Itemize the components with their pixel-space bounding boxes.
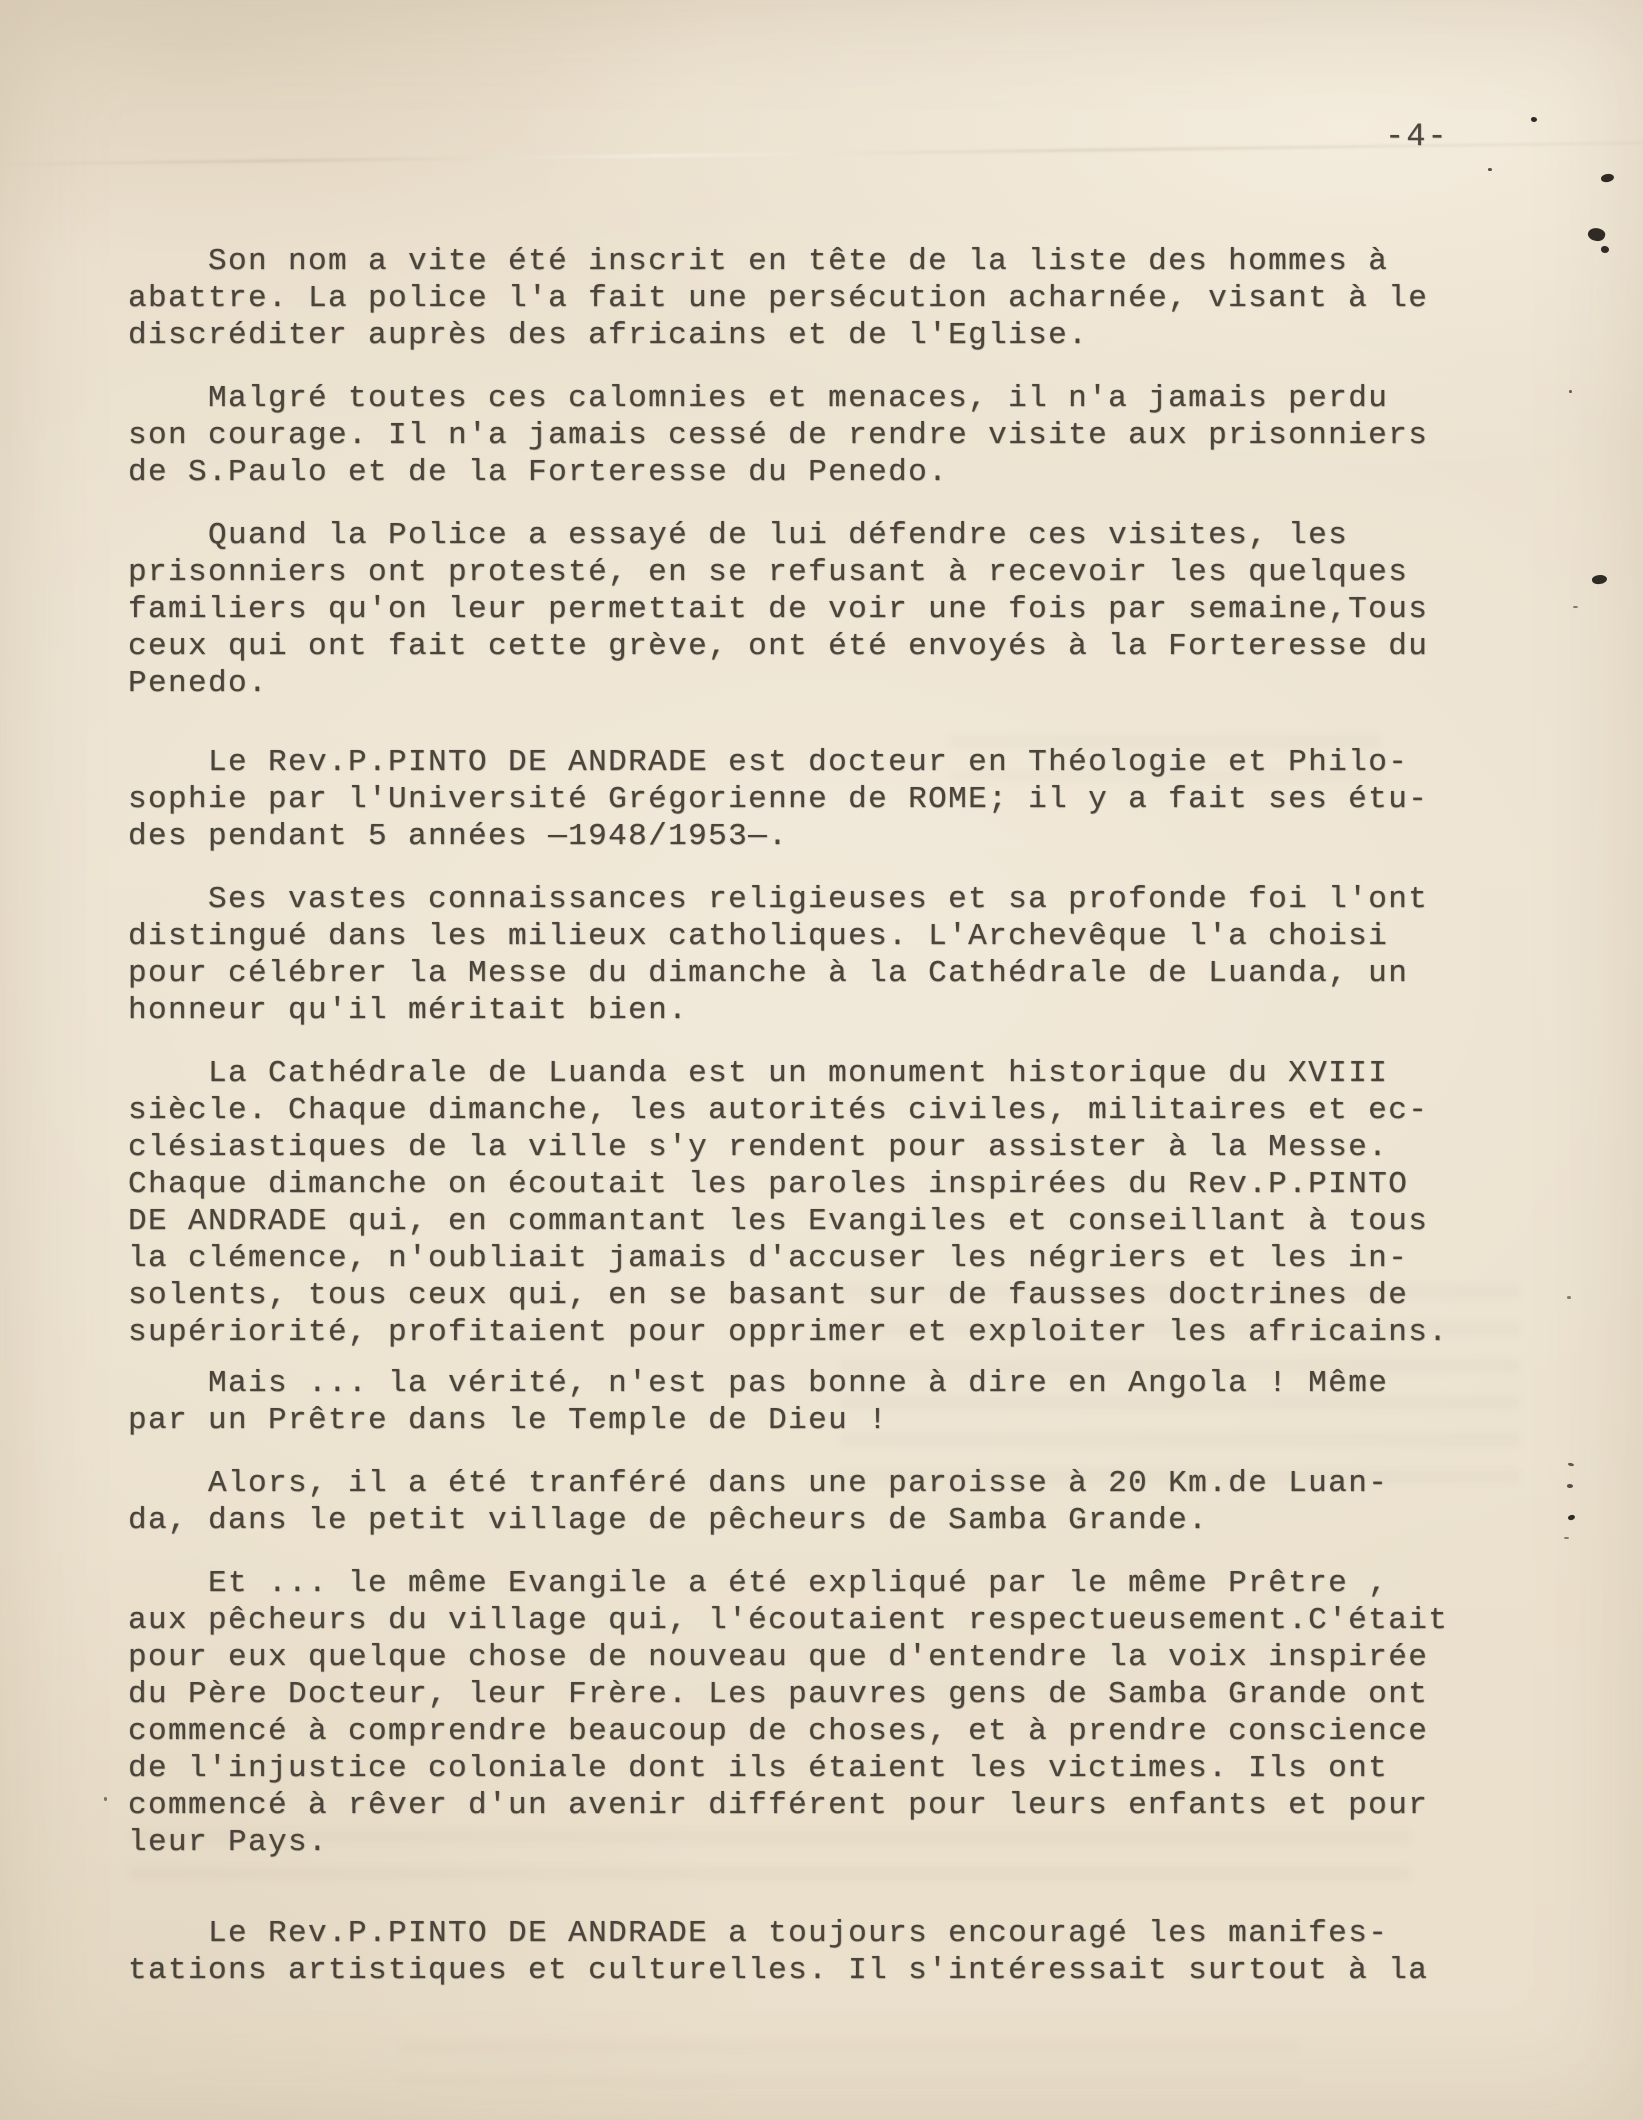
paragraph-10: Le Rev.P.PINTO DE ANDRADE a toujours enc… xyxy=(128,1915,1588,1989)
bleedthrough-smudge xyxy=(400,2040,1300,2085)
paragraph-2: Malgré toutes ces calomnies et menaces, … xyxy=(128,380,1588,491)
paragraph-5: Ses vastes connaissances religieuses et … xyxy=(128,881,1588,1029)
ink-speck xyxy=(1586,226,1606,244)
ink-speck xyxy=(1601,246,1609,253)
ink-speck xyxy=(1531,117,1537,122)
ink-speck xyxy=(1569,390,1572,393)
paragraph-4: Le Rev.P.PINTO DE ANDRADE est docteur en… xyxy=(128,744,1588,855)
document-body: Son nom a vite été inscrit en tête de la… xyxy=(128,243,1588,1989)
paragraph-1: Son nom a vite été inscrit en tête de la… xyxy=(128,243,1588,354)
ink-speck xyxy=(1591,574,1607,585)
paragraph-9: Et ... le même Evangile a été expliqué p… xyxy=(128,1565,1588,1861)
ink-speck xyxy=(1573,606,1578,608)
paragraph-8: Alors, il a été tranféré dans une parois… xyxy=(128,1465,1588,1539)
ink-speck xyxy=(1564,1537,1569,1539)
ink-speck xyxy=(1488,168,1492,171)
ink-speck xyxy=(1600,173,1614,184)
page-number: -4- xyxy=(1385,118,1449,155)
ink-speck xyxy=(1567,1484,1573,1488)
ink-speck xyxy=(104,1797,107,1801)
paragraph-7: Mais ... la vérité, n'est pas bonne à di… xyxy=(128,1365,1588,1439)
document-page: -4- Son nom a vite été inscrit en tête d… xyxy=(0,0,1643,2120)
ink-speck xyxy=(1567,1296,1571,1299)
paragraph-6: La Cathédrale de Luanda est un monument … xyxy=(128,1055,1588,1351)
paragraph-3: Quand la Police a essayé de lui défendre… xyxy=(128,517,1588,702)
